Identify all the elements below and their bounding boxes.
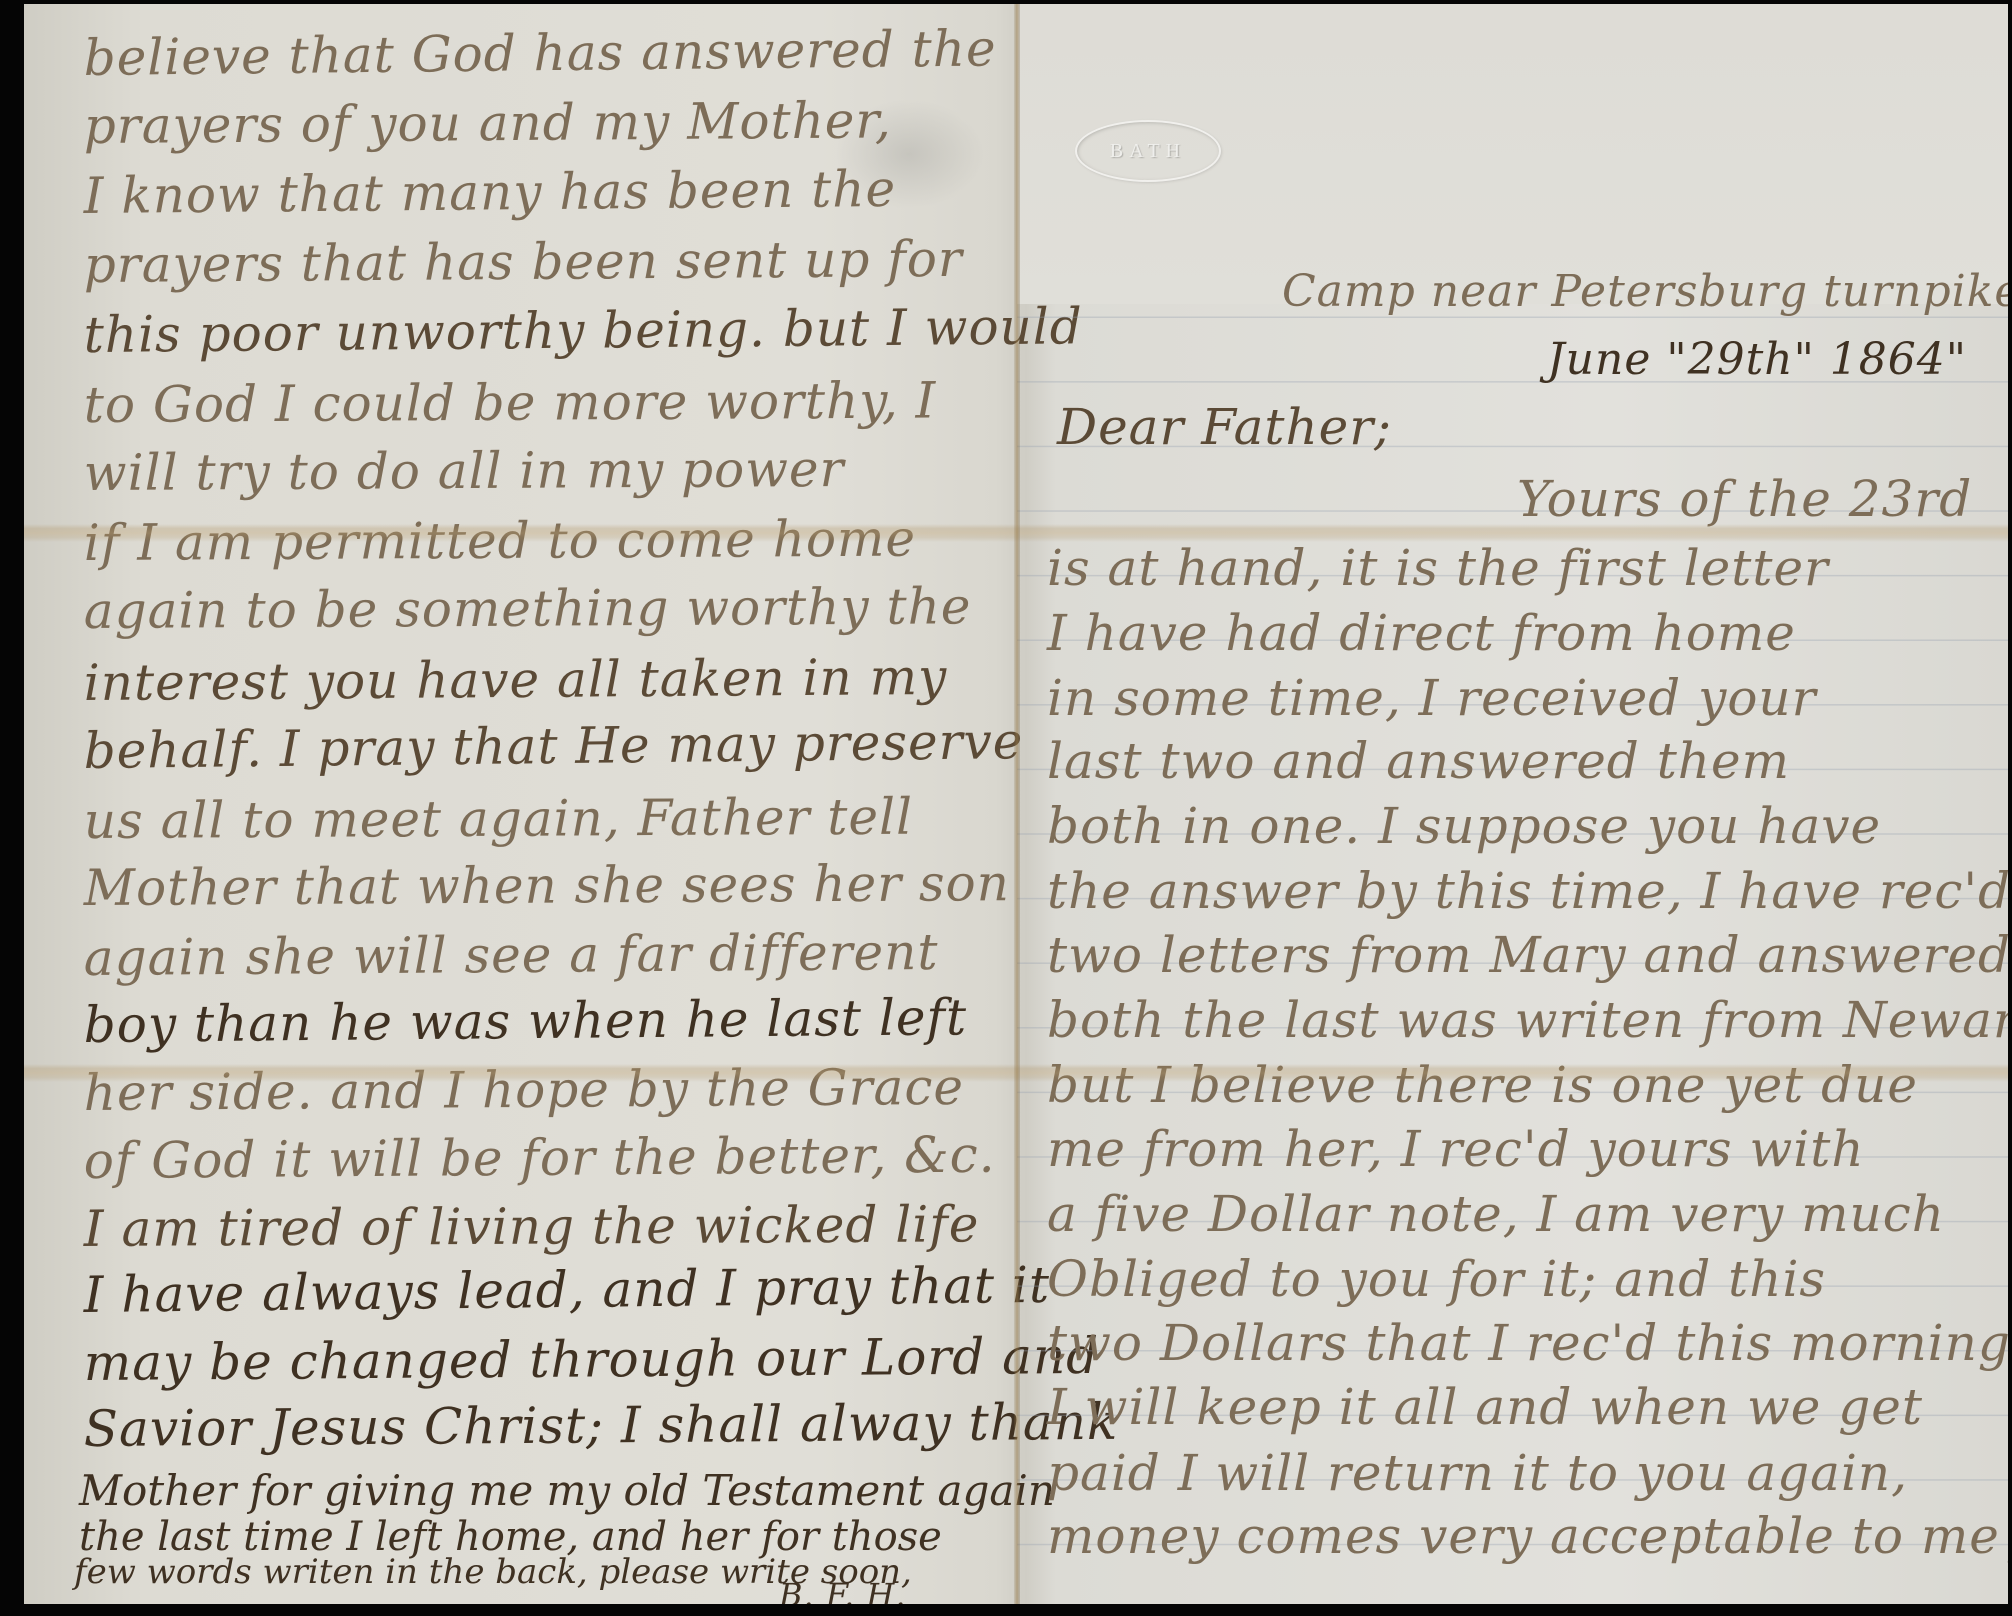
left-line-6: to God I could be more worthy, I	[84, 372, 937, 434]
left-line-3: I know that many has been the	[83, 160, 896, 225]
right-line-5: last two and answered them	[1047, 732, 1790, 790]
left-line-19: I have always lead, and I pray that it	[83, 1256, 1050, 1324]
right-page: BATH Camp near Petersburg turnpike Va. J…	[1017, 4, 2008, 1604]
center-fold	[1014, 4, 1020, 1604]
left-line-17: of God it will be for the better, &c.	[84, 1126, 996, 1190]
left-line-5: this poor unworthy being. but I would	[83, 297, 1082, 364]
left-line-18: I am tired of living the wicked life	[84, 1195, 980, 1258]
letter-sheet: believe that God has answered the prayer…	[24, 4, 2008, 1604]
left-line-2: prayers of you and my Mother,	[84, 91, 892, 155]
left-line-11: behalf. I pray that He may preserve	[83, 712, 1023, 780]
left-line-10: interest you have all taken in my	[84, 648, 948, 712]
left-line-1: believe that God has answered the	[83, 19, 996, 87]
left-page: believe that God has answered the prayer…	[24, 4, 1017, 1604]
bath-emboss-stamp: BATH	[1075, 120, 1221, 182]
salutation: Dear Father;	[1057, 398, 1392, 456]
right-line-8: two letters from Mary and answered	[1047, 926, 2008, 984]
left-line-14: again she will see a far different	[84, 923, 939, 987]
left-line-7: will try to do all in my power	[84, 440, 845, 502]
left-line-15: boy than he was when he last left	[83, 988, 967, 1054]
left-line-22: Mother for giving me my old Testament ag…	[79, 1466, 1055, 1515]
right-line-16: paid I will return it to you again,	[1047, 1444, 1908, 1502]
right-line-2: is at hand, it is the first letter	[1047, 539, 1829, 597]
right-line-9: both the last was writen from Newark,	[1047, 991, 2008, 1049]
right-line-15: I will keep it all and when we get	[1047, 1378, 1923, 1436]
right-line-13: Obliged to you for it; and this	[1047, 1250, 1826, 1308]
right-line-7: the answer by this time, I have rec'd	[1047, 862, 2008, 920]
right-line-12: a five Dollar note, I am very much	[1047, 1185, 1945, 1243]
left-line-12: us all to meet again, Father tell	[84, 788, 913, 850]
left-line-9: again to be something worthy the	[84, 577, 972, 640]
right-line-6: both in one. I suppose you have	[1047, 797, 1881, 855]
right-line-3: I have had direct from home	[1047, 604, 1796, 662]
signature: B. F. H.	[779, 1576, 907, 1604]
right-line-4: in some time, I received your	[1047, 669, 1817, 727]
heading-place: Camp near Petersburg turnpike Va.	[1282, 266, 2008, 317]
left-line-13: Mother that when she sees her son	[84, 854, 1010, 917]
left-line-4: prayers that has been sent up for	[84, 230, 963, 294]
heading-date: June "29th" 1864"	[1547, 334, 1967, 385]
left-line-20: may be changed through our Lord and	[84, 1327, 1100, 1392]
right-line-14: two Dollars that I rec'd this morning.	[1047, 1314, 2008, 1372]
left-line-21: Savior Jesus Christ; I shall alway thank	[84, 1393, 1119, 1458]
right-line-1: Yours of the 23rd	[1517, 470, 1972, 528]
right-line-11: me from her, I rec'd yours with	[1047, 1120, 1865, 1178]
right-line-17: money comes very acceptable to me just	[1047, 1507, 2008, 1565]
